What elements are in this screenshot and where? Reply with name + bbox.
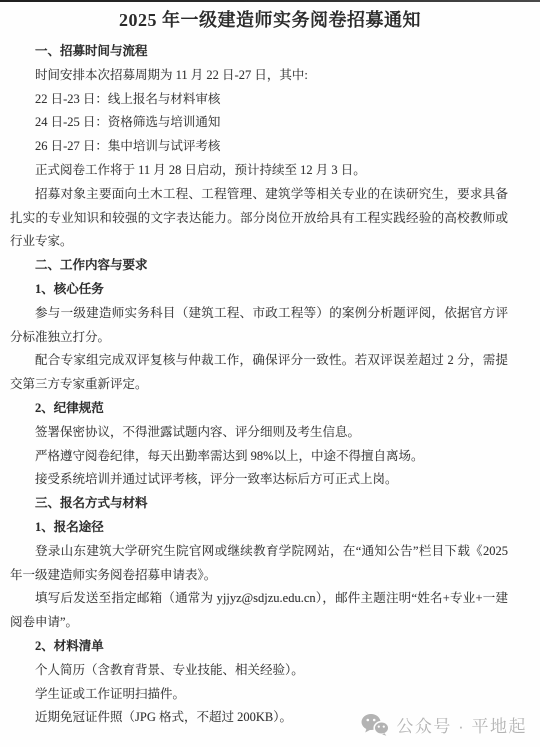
sub-heading: 2、材料清单 <box>10 635 508 659</box>
schedule-line: 22 日-23 日：线上报名与材料审核 <box>10 88 508 112</box>
paragraph: 正式阅卷工作将于 11 月 28 日启动，预计持续至 12 月 3 日。 <box>10 159 508 183</box>
watermark-text: 公众号 · 平地起 <box>396 712 527 737</box>
sub-heading: 1、核心任务 <box>10 278 508 302</box>
wechat-icon <box>361 713 389 736</box>
paragraph: 招募对象主要面向土木工程、工程管理、建筑学等相关专业的在读研究生，要求具备扎实的… <box>10 183 508 254</box>
schedule-line: 24 日-25 日：资格筛选与培训通知 <box>10 111 508 135</box>
sub-heading: 2、纪律规范 <box>10 397 508 421</box>
document-page: 2025 年一级建造师实务阅卷招募通知 一、招募时间与流程 时间安排本次招募周期… <box>0 0 540 747</box>
paragraph: 签署保密协议，不得泄露试题内容、评分细则及考生信息。 <box>10 421 508 445</box>
document-body: 一、招募时间与流程 时间安排本次招募周期为 11 月 22 日-27 日，其中:… <box>0 33 540 730</box>
schedule-line: 26 日-27 日：集中培训与试评考核 <box>10 135 508 159</box>
watermark: 公众号 · 平地起 <box>361 712 527 737</box>
sub-heading: 1、报名途径 <box>10 516 508 540</box>
paragraph: 时间安排本次招募周期为 11 月 22 日-27 日，其中: <box>10 64 508 88</box>
section-heading-1: 一、招募时间与流程 <box>10 40 508 64</box>
paragraph: 配合专家组完成双评复核与仲裁工作，确保评分一致性。若双评误差超过 2 分，需提交… <box>10 349 508 397</box>
section-heading-3: 三、报名方式与材料 <box>10 492 508 516</box>
scan-edge-line <box>0 0 540 2</box>
paragraph: 登录山东建筑大学研究生院官网或继续教育学院网站，在“通知公告”栏目下载《2025… <box>10 540 508 588</box>
paragraph: 接受系统培训并通过试评考核，评分一致率达标后方可正式上岗。 <box>10 468 508 492</box>
paragraph: 个人简历（含教育背景、专业技能、相关经验）。 <box>10 659 508 683</box>
paragraph: 严格遵守阅卷纪律，每天出勤率需达到 98%以上，中途不得擅自离场。 <box>10 445 508 469</box>
paragraph: 学生证或工作证明扫描件。 <box>10 683 508 707</box>
page-title: 2025 年一级建造师实务阅卷招募通知 <box>0 0 540 33</box>
paragraph: 参与一级建造师实务科目（建筑工程、市政工程等）的案例分析题评阅，依据官方评分标准… <box>10 302 508 350</box>
section-heading-2: 二、工作内容与要求 <box>10 254 508 278</box>
paragraph: 填写后发送至指定邮箱（通常为 yjjyz@sdjzu.edu.cn），邮件主题注… <box>10 587 508 635</box>
